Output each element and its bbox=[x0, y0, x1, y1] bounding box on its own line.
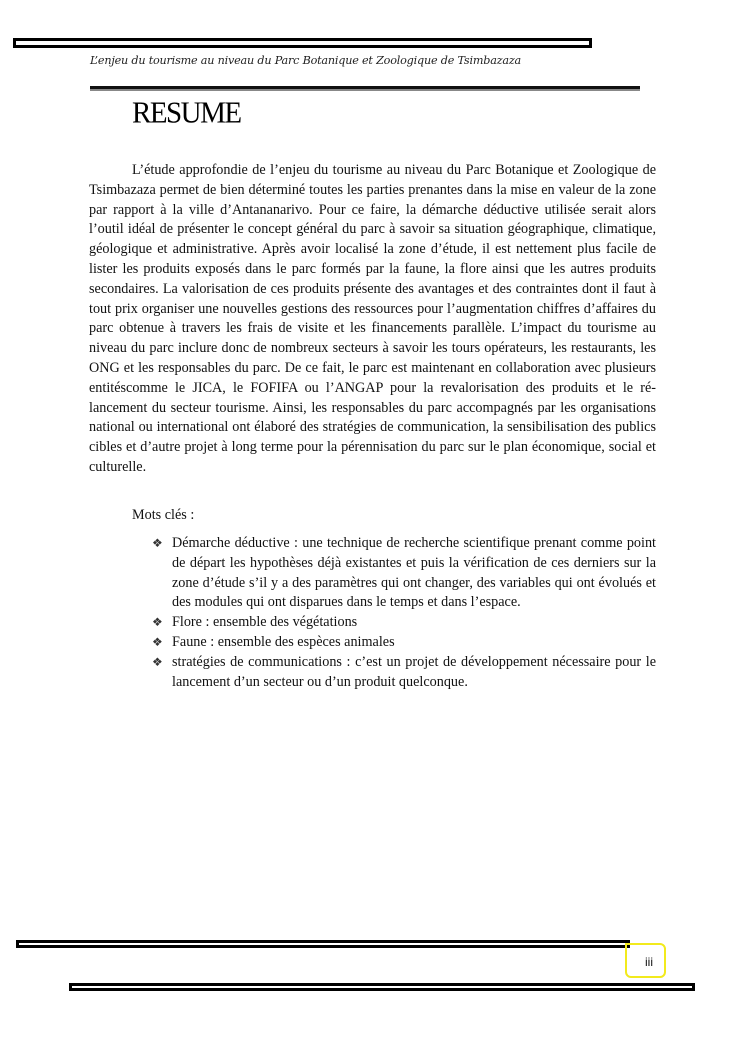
bottom-border-bar-upper bbox=[16, 940, 630, 948]
top-border-bar bbox=[13, 38, 592, 48]
keyword-item: ❖ Flore : ensemble des végétations bbox=[152, 613, 656, 633]
diamond-bullet-icon: ❖ bbox=[152, 613, 163, 633]
header-rule-shadow bbox=[90, 89, 640, 91]
abstract-paragraph: L’étude approfondie de l’enjeu du touris… bbox=[89, 161, 656, 478]
running-header: L’enjeu du tourisme au niveau du Parc Bo… bbox=[90, 54, 521, 67]
diamond-bullet-icon: ❖ bbox=[152, 653, 163, 673]
section-title: RESUME bbox=[132, 96, 241, 131]
keyword-item: ❖ Démarche déductive : une technique de … bbox=[152, 534, 656, 613]
keyword-text: Flore : ensemble des végétations bbox=[172, 614, 357, 630]
page-number: iii bbox=[645, 955, 653, 969]
keyword-text: stratégies de communications : c’est un … bbox=[172, 654, 656, 690]
keyword-text: Faune : ensemble des espèces animales bbox=[172, 634, 395, 650]
diamond-bullet-icon: ❖ bbox=[152, 633, 163, 653]
keywords-label: Mots clés : bbox=[132, 507, 194, 524]
keyword-text: Démarche déductive : une technique de re… bbox=[172, 535, 656, 610]
keyword-item: ❖ Faune : ensemble des espèces animales bbox=[152, 633, 656, 653]
keywords-list: ❖ Démarche déductive : une technique de … bbox=[152, 534, 656, 692]
bottom-border-bar-lower bbox=[69, 983, 695, 991]
keyword-item: ❖ stratégies de communications : c’est u… bbox=[152, 653, 656, 693]
diamond-bullet-icon: ❖ bbox=[152, 534, 163, 554]
